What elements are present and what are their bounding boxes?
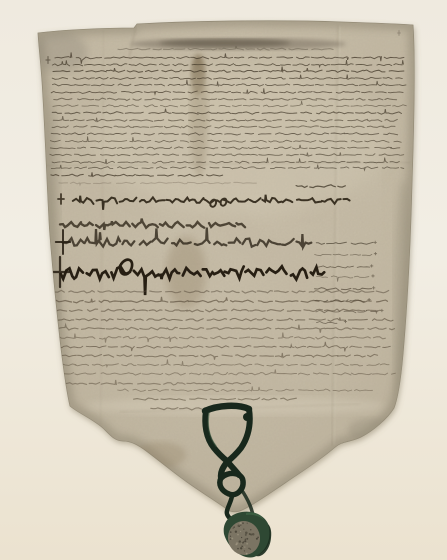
seal-speckle [240,547,242,549]
seal-speckle [244,540,246,542]
cord-knob [243,413,251,421]
seal-speckle [256,538,258,540]
seal-speckle [250,529,251,530]
seal-speckle [241,545,243,547]
seal-speckle [250,548,252,550]
seal-speckle [249,533,251,535]
seal-speckle [233,526,235,528]
seal-speckle [240,524,241,525]
seal-speckle [230,536,231,537]
seal-speckle [237,534,239,536]
stain-1 [159,39,291,47]
seal-speckle [241,537,242,538]
seal-speckle [233,528,234,529]
seal-speckle [246,543,248,545]
seal-speckle [239,540,241,542]
seal-speckle [236,542,238,544]
seal-speckle [246,538,248,540]
seal-speckle [237,525,239,527]
seal-speckle [230,531,232,533]
seal-speckle [239,522,241,524]
seal-speckle [248,548,249,549]
seal-speckle [247,523,248,524]
photo-stage: Parchment charter with pendant seal [0,0,447,560]
seal-speckle [230,538,232,540]
seal-speckle [245,539,247,541]
seal-speckle [252,533,255,536]
seal-speckle [245,532,248,535]
seal-speckle [245,534,247,536]
stain-8 [33,32,87,72]
document-photo: Parchment charter with pendant seal [0,0,447,560]
seal-speckle [243,528,244,529]
seal-speckle [244,550,245,551]
seal-speckle [242,522,244,524]
seal-speckle [241,542,243,544]
seal-speckle [240,531,241,532]
seal-speckle [231,537,233,539]
stain-10 [90,65,390,215]
seal-speckle [244,546,245,547]
seal-speckle [235,531,237,533]
seal-speckle [246,553,248,555]
seal-speckle [237,548,239,550]
